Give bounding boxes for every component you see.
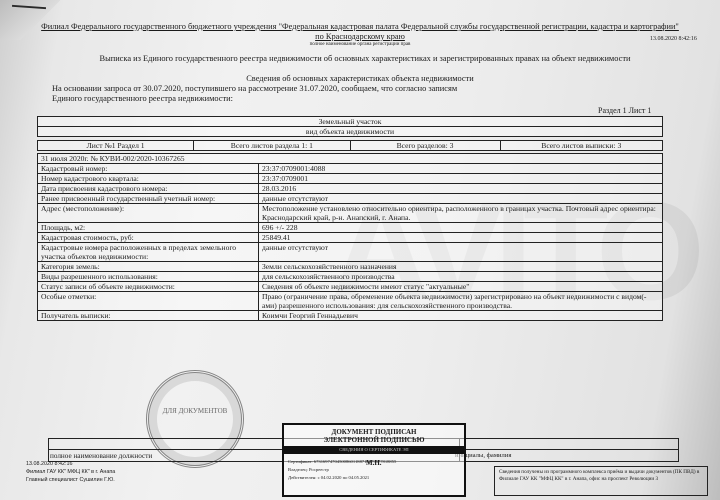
organization-name: Филиал Федерального государственного бюд… [40, 22, 680, 42]
issuer-info: 13.08.2020 8:42:16 Филиал ГАУ КК" МФЦ КК… [26, 460, 115, 484]
table-row: Номер кадастрового квартала:23:37:070900… [38, 174, 663, 184]
table-row: Ранее присвоенный государственный учетны… [38, 194, 663, 204]
row-label: Виды разрешенного использования: [38, 272, 259, 282]
issue-timestamp: 13.08.2020 8:42:16 [26, 460, 115, 468]
row-label: Адрес (местоположение): [38, 204, 259, 223]
sheet-info-table: Лист №1 Раздел 1 Всего листов раздела 1:… [37, 140, 663, 151]
row-label: Получатель выписки: [38, 311, 259, 321]
row-value: 23:37:0709001 [259, 174, 663, 184]
row-label: Особые отметки: [38, 292, 259, 311]
object-type-caption: вид объекта недвижимости [38, 127, 663, 137]
source-info-box: Сведения получены из программного компле… [494, 466, 708, 496]
stamp-place: М.П. [366, 459, 382, 467]
table-row: Статус записи об объекте недвижимости:Св… [38, 282, 663, 292]
table-row: Категория земель:Земли сельскохозяйствен… [38, 262, 663, 272]
table-row: Кадастровая стоимость, руб:25849.41 [38, 233, 663, 243]
row-label: Кадастровые номера расположенных в преде… [38, 243, 259, 262]
characteristics-table: 31 июля 2020г. № КУВИ-002/2020-10367265 … [37, 153, 663, 321]
sections-total: Всего разделов: 3 [350, 141, 500, 151]
page-reference: Раздел 1 Лист 1 [598, 106, 651, 115]
request-line-1: На основании запроса от 30.07.2020, пост… [52, 84, 612, 94]
row-value: данные отсутствуют [259, 194, 663, 204]
esign-bar: СВЕДЕНИЯ О СЕРТИФИКАТЕ ЭП [284, 446, 464, 454]
row-value: 28.03.2016 [259, 184, 663, 194]
row-label: Номер кадастрового квартала: [38, 174, 259, 184]
esign-title-2: ЭЛЕКТРОННОЙ ПОДПИСЬЮ [284, 436, 464, 444]
row-label: Ранее присвоенный государственный учетны… [38, 194, 259, 204]
table-row: Адрес (местоположение):Местоположение ус… [38, 204, 663, 223]
document-title: Выписка из Единого государственного реес… [60, 54, 670, 63]
sheets-total: Всего листов выписки: 3 [500, 141, 663, 151]
table-row: Дата присвоения кадастрового номера:28.0… [38, 184, 663, 194]
request-statement: На основании запроса от 30.07.2020, пост… [52, 84, 612, 104]
row-label: Площадь, м2: [38, 223, 259, 233]
row-label: Кадастровый номер: [38, 164, 259, 174]
row-value: данные отсутствуют [259, 243, 663, 262]
issuer-branch: Филиал ГАУ КК" МФЦ КК" в г. Анапа [26, 468, 115, 476]
electronic-signature-stamp: ДОКУМЕНТ ПОДПИСАН ЭЛЕКТРОННОЙ ПОДПИСЬЮ С… [282, 423, 466, 497]
row-value: Право (ограничение права, обременение об… [259, 292, 663, 311]
row-value: 23:37:0709001:4088 [259, 164, 663, 174]
object-type: Земельный участок [38, 117, 663, 127]
position-caption: полное наименование должности [50, 452, 152, 460]
record-line: 31 июля 2020г. № КУВИ-002/2020-10367265 [38, 154, 663, 164]
issuer-specialist: Главный специалист Сушилин Г.Ю. [26, 476, 115, 484]
row-label: Дата присвоения кадастрового номера: [38, 184, 259, 194]
sheets-in-section: Всего листов раздела 1: 1 [194, 141, 350, 151]
table-row: Особые отметки:Право (ограничение права,… [38, 292, 663, 311]
row-value: Местоположение установлено относительно … [259, 204, 663, 223]
row-label: Кадастровая стоимость, руб: [38, 233, 259, 243]
table-row: Получатель выписки:Коимчи Георгий Геннад… [38, 311, 663, 321]
row-value: Коимчи Георгий Геннадьевич [259, 311, 663, 321]
table-row: Кадастровые номера расположенных в преде… [38, 243, 663, 262]
row-label: Категория земель: [38, 262, 259, 272]
row-value: Сведения об объекте недвижимости имеют с… [259, 282, 663, 292]
print-timestamp: 13.08.2020 8:42:16 [650, 36, 697, 42]
document-subtitle: Сведения об основных характеристиках объ… [100, 74, 620, 83]
organization-caption: полное наименование органа регистрации п… [200, 42, 520, 47]
seal-text: ДЛЯ ДОКУМЕНТОВ [149, 407, 241, 416]
table-row: Площадь, м2:696 +/- 228 [38, 223, 663, 233]
request-line-2: Единого государственного реестра недвижи… [52, 94, 612, 104]
row-label: Статус записи об объекте недвижимости: [38, 282, 259, 292]
table-row: Кадастровый номер:23:37:0709001:4088 [38, 164, 663, 174]
table-row: Виды разрешенного использования:для сель… [38, 272, 663, 282]
row-value: для сельскохозяйственного производства [259, 272, 663, 282]
certificate-owner: Владелец: Росреестр [288, 466, 464, 474]
row-value: 696 +/- 228 [259, 223, 663, 233]
sheet-number: Лист №1 Раздел 1 [38, 141, 194, 151]
esign-title-1: ДОКУМЕНТ ПОДПИСАН [284, 428, 464, 436]
object-type-table: Земельный участок вид объекта недвижимос… [37, 116, 663, 137]
row-value: 25849.41 [259, 233, 663, 243]
row-value: Земли сельскохозяйственного назначения [259, 262, 663, 272]
certificate-validity: Действителен: с 04.02.2020 по 04.05.2021 [288, 474, 464, 482]
